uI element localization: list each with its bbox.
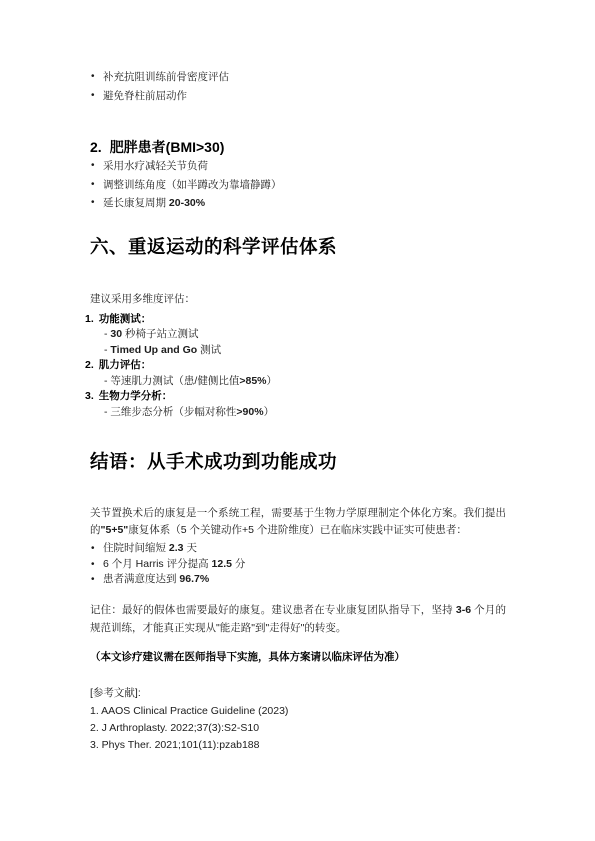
- conclusion-paragraph-2: 记住：最好的假体也需要最好的康复。建议患者在专业康复团队指导下，坚持 3-6 个…: [90, 601, 506, 637]
- bullet-text: 6 个月 Harris 评分提高: [103, 558, 212, 570]
- subsection-title: 肥胖患者(BMI>30): [110, 139, 225, 155]
- reference-item: 3. Phys Ther. 2021;101(11):pzab188: [90, 737, 506, 754]
- sub-item-text: ）: [267, 375, 278, 387]
- numbered-item-biomechanics-analysis: 3.生物力学分析：: [85, 389, 506, 405]
- bullet-item: 患者满意度达到 96.7%: [90, 572, 506, 588]
- bullet-item: 延长康复周期 20-30%: [90, 194, 506, 213]
- paragraph-text: 康复体系（5 个关键动作+5 个进阶维度）已在临床实践中证实可使患者：: [128, 524, 467, 536]
- references-label: [参考文献]:: [90, 685, 506, 701]
- sub-item-text-bold: >85%: [239, 375, 266, 387]
- paragraph-text-bold: "5+5": [101, 524, 129, 536]
- paragraph-text: 记住：最好的假体也需要最好的康复。建议患者在专业康复团队指导下，坚持: [90, 604, 456, 616]
- sub-item-text: - 等速肌力测试（患/健侧比值: [104, 375, 239, 387]
- bullet-item: 采用水疗减轻关节负荷: [90, 157, 506, 176]
- conclusion-bullet-list: 住院时间缩短 2.3 天 6 个月 Harris 评分提高 12.5 分 患者满…: [90, 541, 506, 588]
- item-label: 肌力评估：: [99, 359, 152, 371]
- bullet-text: 采用水疗减轻关节负荷: [103, 160, 208, 172]
- bullet-item: 住院时间缩短 2.3 天: [90, 541, 506, 557]
- reference-item: 1. AAOS Clinical Practice Guideline (202…: [90, 703, 506, 720]
- bullet-text: 天: [184, 542, 197, 554]
- section-heading-return-to-sport: 六、重返运动的科学评估体系: [90, 235, 506, 259]
- medical-disclaimer: （本文诊疗建议需在医师指导下实施，具体方案请以临床评估为准）: [90, 649, 506, 665]
- reference-item: 2. J Arthroplasty. 2022;37(3):S2-S10: [90, 720, 506, 737]
- obese-bullet-list: 采用水疗减轻关节负荷 调整训练角度（如半蹲改为靠墙静蹲） 延长康复周期 20-3…: [90, 157, 506, 213]
- sub-item-text-bold: 30: [110, 328, 122, 340]
- document-page: 补充抗阻训练前骨密度评估 避免脊柱前屈动作 2.肥胖患者(BMI>30) 采用水…: [0, 0, 595, 841]
- sub-item-text: 秒椅子站立测试: [122, 328, 198, 340]
- section-heading-conclusion: 结语：从手术成功到功能成功: [90, 450, 506, 474]
- sub-item-text: ）: [264, 406, 275, 418]
- sub-item-text-bold: Timed Up and Go: [110, 344, 197, 356]
- numbered-item-functional-test: 1.功能测试：: [85, 312, 506, 328]
- bullet-text-bold: 96.7%: [179, 573, 209, 585]
- bullet-item: 调整训练角度（如半蹲改为靠墙静蹲）: [90, 176, 506, 195]
- bullet-text: 补充抗阻训练前骨密度评估: [103, 71, 229, 83]
- item-number: 2.: [85, 359, 94, 371]
- item-number: 3.: [85, 390, 94, 402]
- numbered-item-strength-assessment: 2.肌力评估：: [85, 358, 506, 374]
- sub-item: - 30 秒椅子站立测试: [90, 327, 506, 343]
- references-list: 1. AAOS Clinical Practice Guideline (202…: [90, 703, 506, 754]
- paragraph-text-bold: 3-6: [456, 604, 471, 616]
- sub-item: - 三维步态分析（步幅对称性>90%）: [90, 405, 506, 421]
- bullet-text: 分: [232, 558, 245, 570]
- bullet-text-bold: 12.5: [212, 558, 232, 570]
- bullet-item: 补充抗阻训练前骨密度评估: [90, 68, 506, 87]
- subsection-heading-obese-patients: 2.肥胖患者(BMI>30): [90, 138, 506, 157]
- item-number: 1.: [85, 313, 94, 325]
- evaluation-numbered-list: 1.功能测试： - 30 秒椅子站立测试 - Timed Up and Go 测…: [90, 312, 506, 421]
- bullet-text: 住院时间缩短: [103, 542, 169, 554]
- bullet-text: 避免脊柱前屈动作: [103, 90, 187, 102]
- sub-item: - 等速肌力测试（患/健侧比值>85%）: [90, 374, 506, 390]
- conclusion-paragraph-1: 关节置换术后的康复是一个系统工程，需要基于生物力学原理制定个体化方案。我们提出的…: [90, 505, 506, 539]
- bullet-text-bold: 2.3: [169, 542, 184, 554]
- sub-item-text: 测试: [197, 344, 221, 356]
- evaluation-intro-text: 建议采用多维度评估：: [90, 291, 506, 307]
- bullet-text: 调整训练角度（如半蹲改为靠墙静蹲）: [103, 179, 282, 191]
- bullet-item: 6 个月 Harris 评分提高 12.5 分: [90, 557, 506, 573]
- sub-item: - Timed Up and Go 测试: [90, 343, 506, 359]
- sub-item-text-bold: >90%: [236, 406, 263, 418]
- bullet-text: 患者满意度达到: [103, 573, 179, 585]
- bullet-text: 延长康复周期: [103, 197, 169, 209]
- item-label: 功能测试：: [99, 313, 152, 325]
- bullet-text-bold: 20-30%: [169, 197, 205, 209]
- subsection-number: 2.: [90, 139, 102, 155]
- bullet-item: 避免脊柱前屈动作: [90, 87, 506, 106]
- sub-item-text: - 三维步态分析（步幅对称性: [104, 406, 236, 418]
- item-label: 生物力学分析：: [99, 390, 173, 402]
- carryover-bullet-list: 补充抗阻训练前骨密度评估 避免脊柱前屈动作: [90, 68, 506, 105]
